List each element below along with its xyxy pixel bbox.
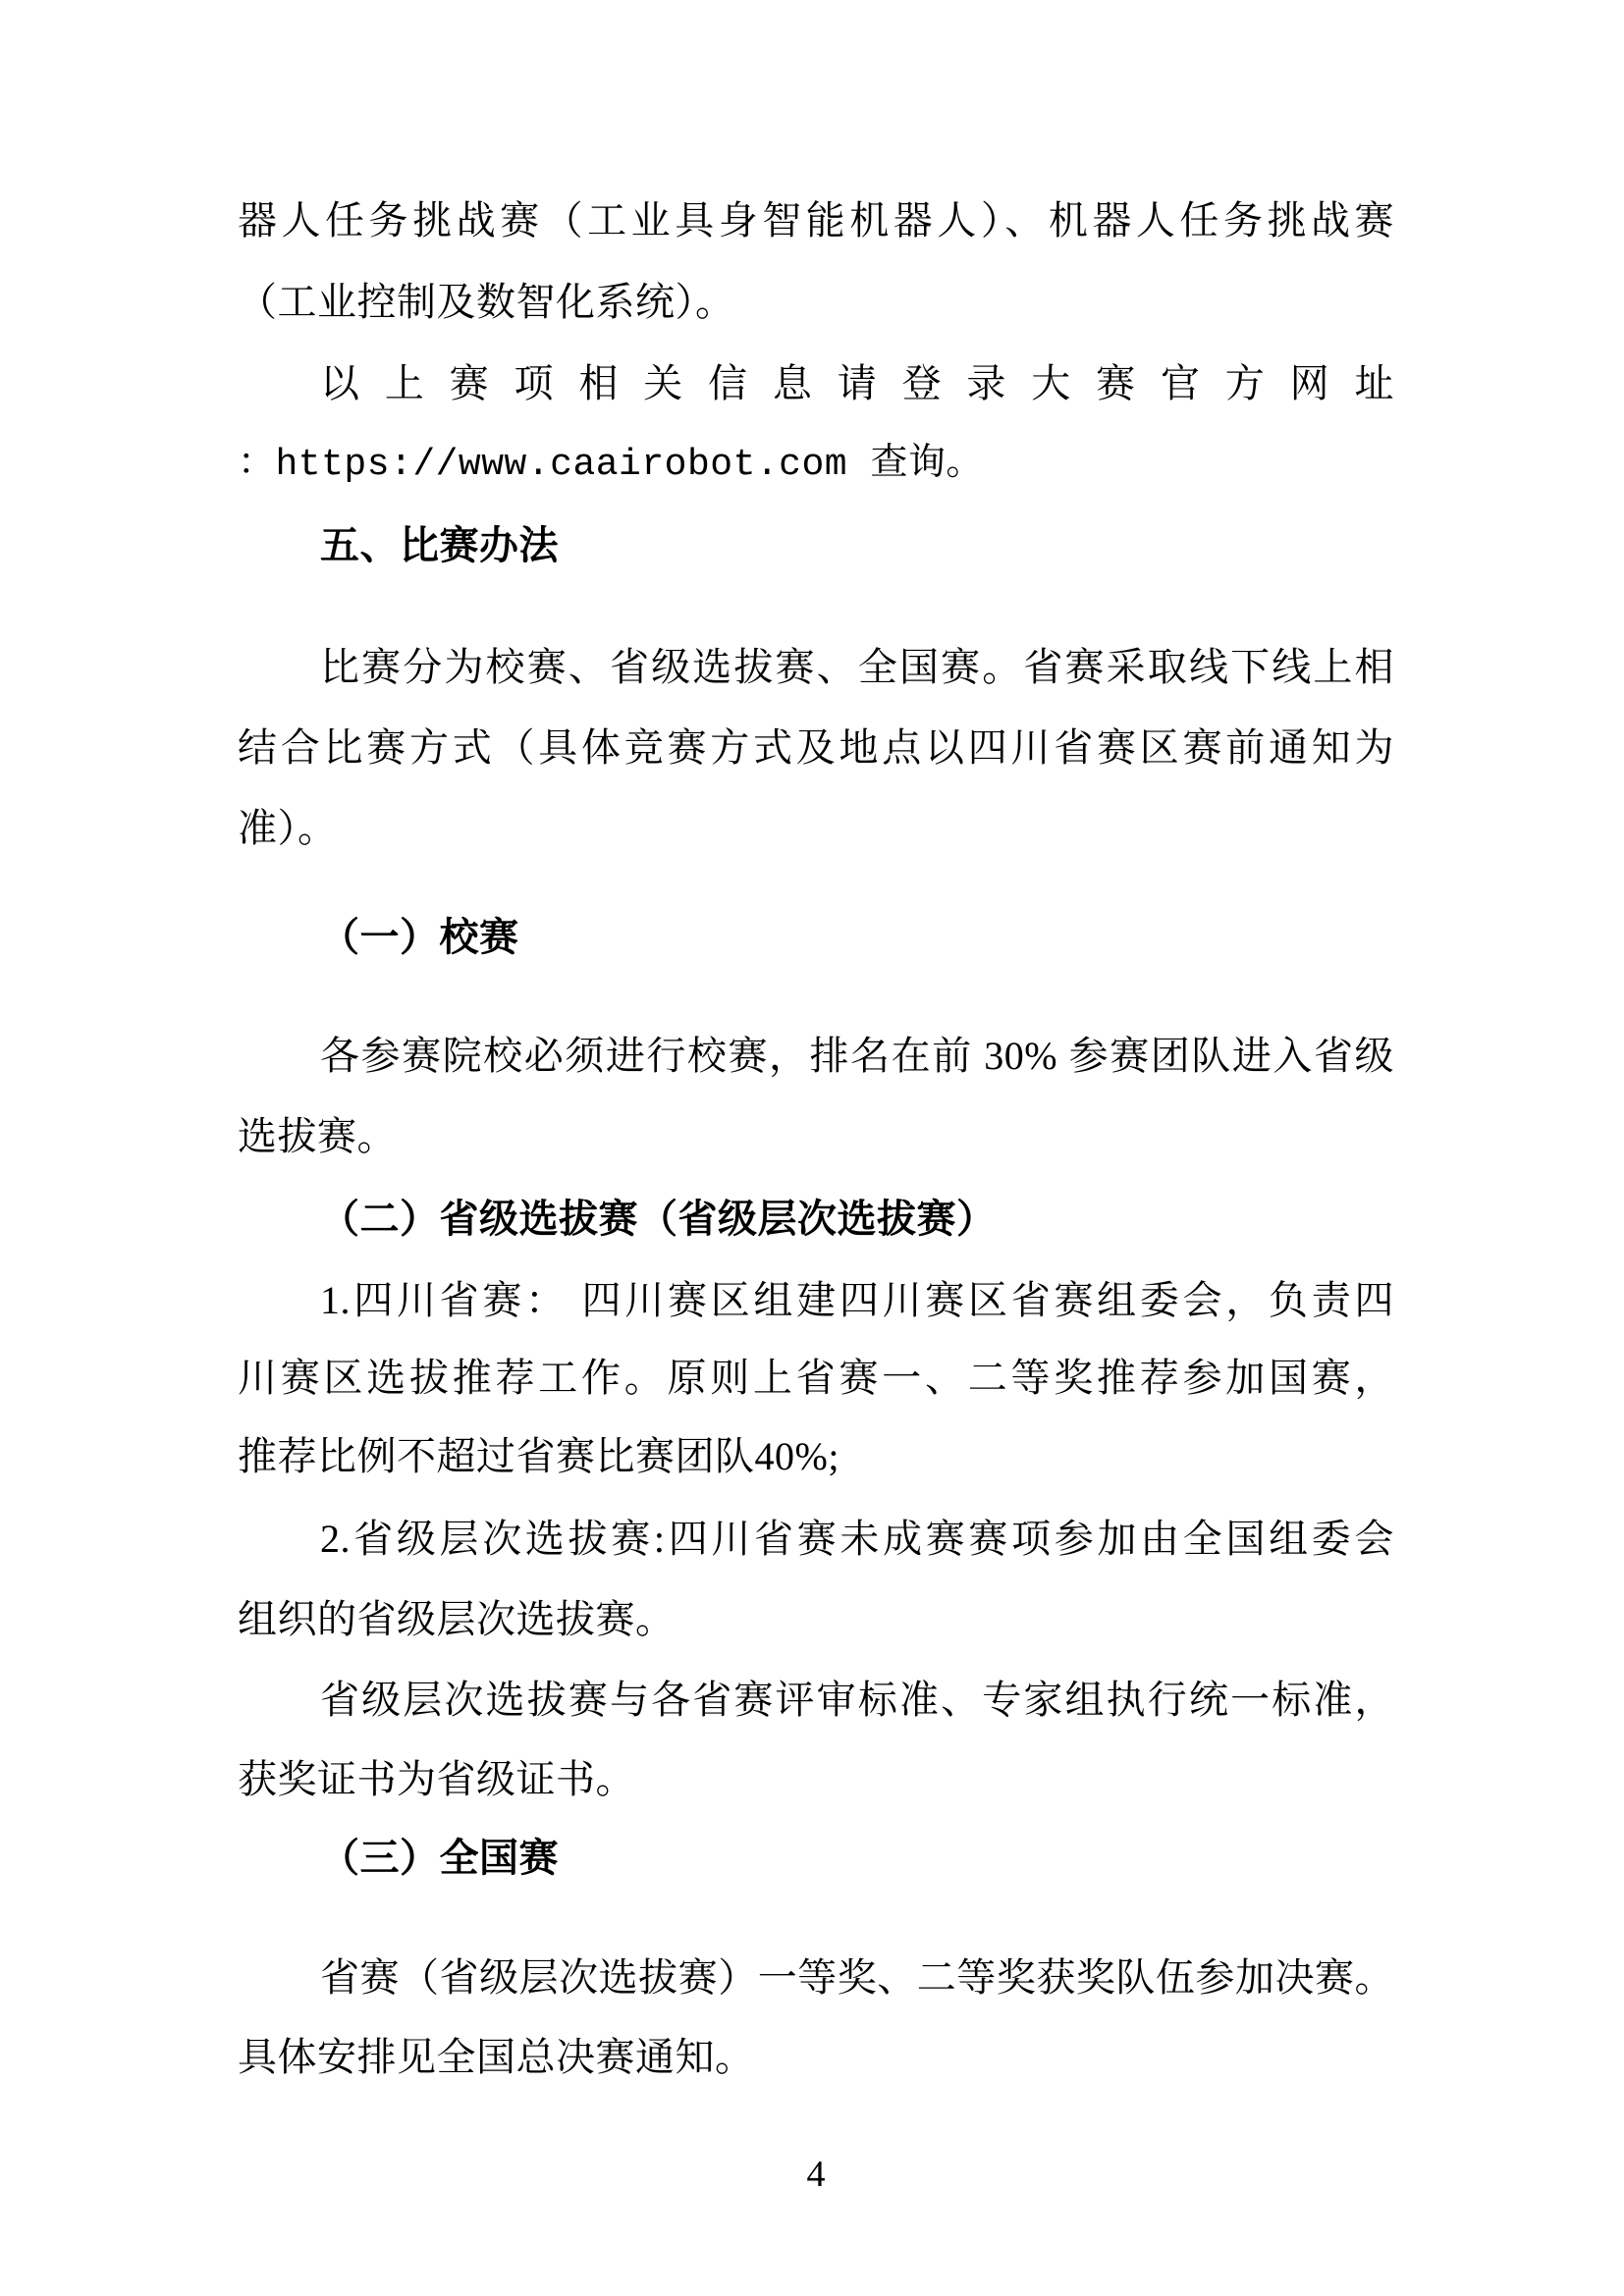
doc-line-sichuan-provincial-3: 推荐比例不超过省赛比赛团队40%; [238, 1432, 1394, 1481]
doc-line-review-standard-1: 省级层次选拔赛与各省赛评审标准、专家组执行统一标准， [238, 1676, 1394, 1725]
heading-provincial-selection-round: （二）省级选拔赛（省级层次选拔赛） [238, 1195, 1394, 1244]
doc-line-national-round-rule-1: 省赛（省级层次选拔赛）一等奖、二等奖获奖队伍参加决赛。 [238, 1953, 1394, 2002]
document-page: 器人任务挑战赛（工业具身智能机器人）、机器人任务挑战赛 （工业控制及数智化系统）… [0, 0, 1624, 2296]
page-number: 4 [238, 2152, 1394, 2197]
doc-line-school-round-rule: 各参赛院校必须进行校赛，排名在前 30% 参赛团队进入省级 [238, 1032, 1394, 1081]
doc-line-format-end: 准）。 [238, 804, 1394, 853]
doc-line-school-round-rule-end: 选拔赛。 [238, 1112, 1394, 1161]
doc-line-sichuan-provincial-2: 川赛区选拔推荐工作。原则上省赛一、二等奖推荐参加国赛， [238, 1354, 1394, 1403]
doc-line-official-website-notice: 以 上 赛 项 相 关 信 息 请 登 录 大 赛 官 方 网 址 [238, 359, 1394, 408]
doc-line-sichuan-provincial-1: 1.四川省赛： 四川赛区组建四川赛区省赛组委会，负责四 [238, 1276, 1394, 1325]
heading-school-round: （一）校赛 [238, 913, 1394, 962]
doc-line-national-round-rule-2: 具体安排见全国总决赛通知。 [238, 2033, 1394, 2082]
heading-national-round: （三）全国赛 [238, 1834, 1394, 1883]
doc-line-provincial-level-1: 2.省级层次选拔赛:四川省赛未成赛赛项参加由全国组委会 [238, 1515, 1394, 1564]
doc-line-review-standard-2: 获奖证书为省级证书。 [238, 1755, 1394, 1804]
heading-section-five-competition-method: 五、比赛办法 [238, 521, 1394, 570]
doc-line-robot-challenge-continuation: 器人任务挑战赛（工业具身智能机器人）、机器人任务挑战赛 [238, 196, 1394, 245]
doc-line-competition-levels: 比赛分为校赛、省级选拔赛、全国赛。省赛采取线下线上相 [238, 643, 1394, 692]
doc-line-competition-format: 结合比赛方式（具体竞赛方式及地点以四川省赛区赛前通知为 [238, 723, 1394, 773]
doc-line-industrial-control-system: （工业控制及数智化系统）。 [238, 278, 1394, 327]
doc-line-website-url: ：https://www.caairobot.com 查询。 [238, 441, 1394, 490]
doc-line-provincial-level-2: 组织的省级层次选拔赛。 [238, 1595, 1394, 1644]
